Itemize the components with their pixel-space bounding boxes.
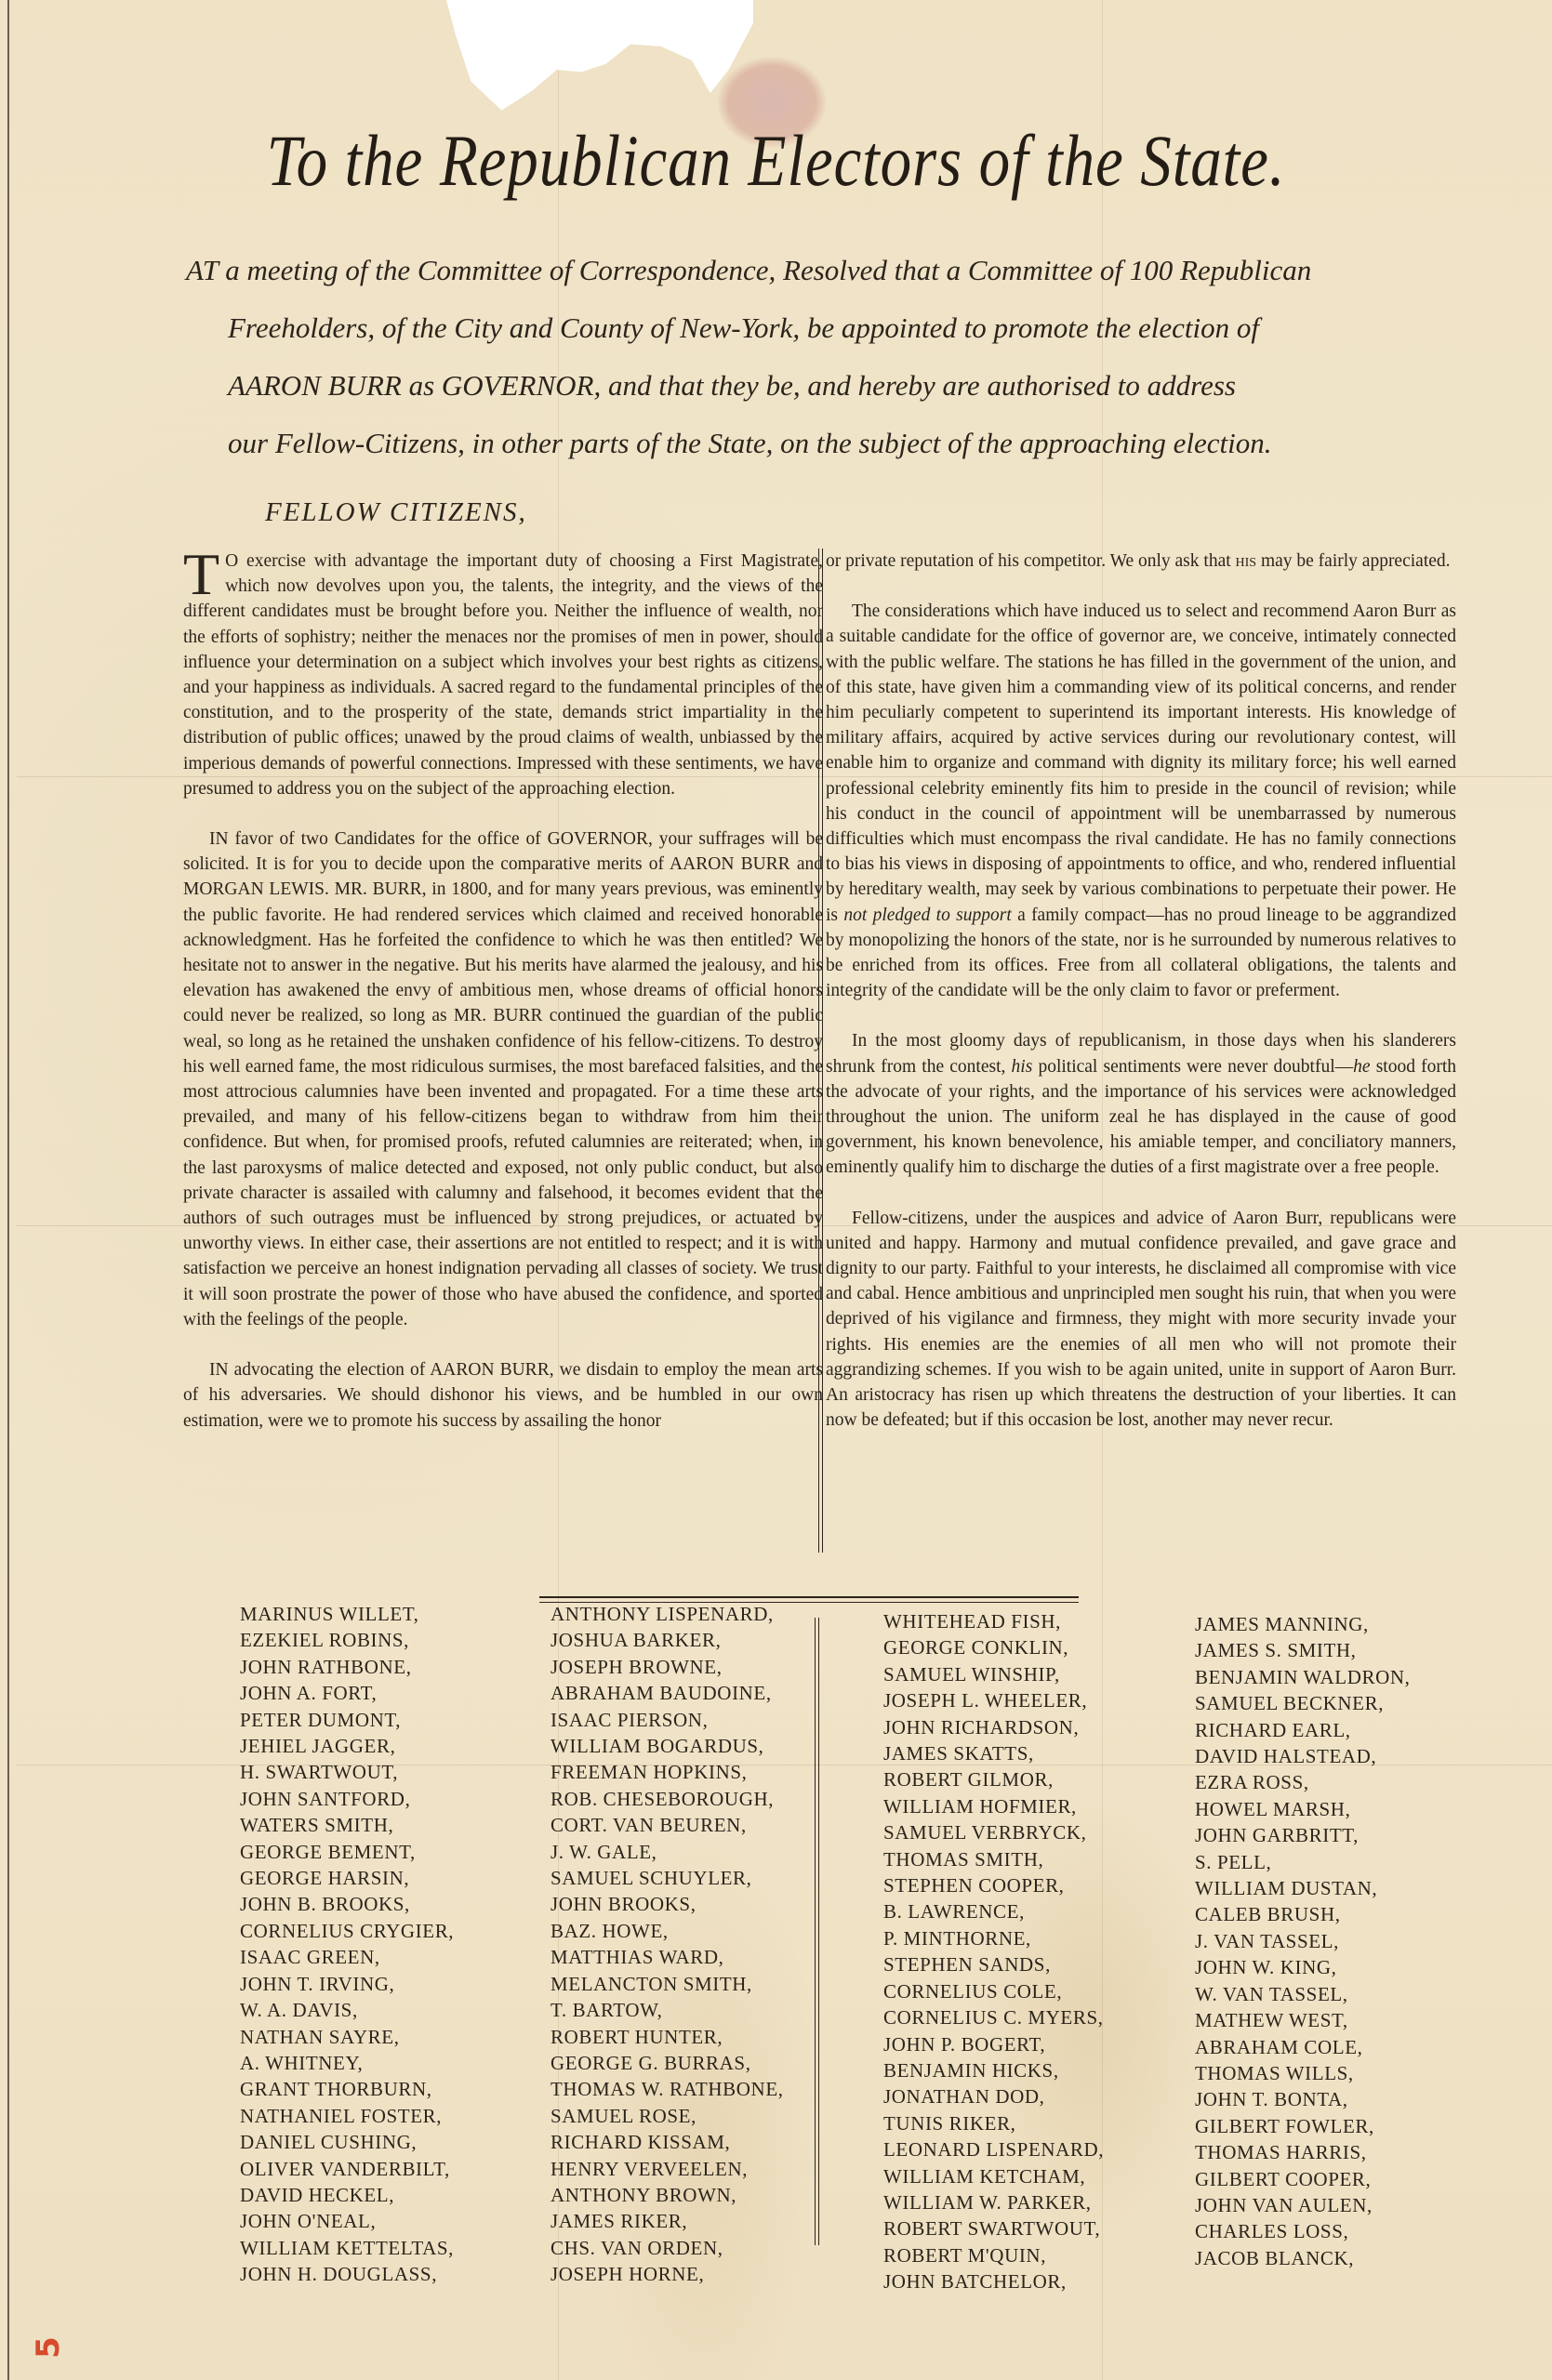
intro-line: AARON BURR as GOVERNOR, and that they be…	[186, 357, 1460, 415]
signatory-name: MATTHIAS WARD,	[550, 1944, 784, 1970]
signatory-name: JOHN GARBRITT,	[1195, 1822, 1410, 1848]
signatory-name: JAMES RIKER,	[550, 2208, 784, 2234]
paragraph-text: may be fairly appreciated.	[1256, 551, 1450, 571]
signatory-name: ISAAC PIERSON,	[550, 1707, 784, 1733]
signatory-name: J. VAN TASSEL,	[1195, 1928, 1410, 1954]
signatory-name: JOHN RICHARDSON,	[883, 1714, 1104, 1740]
signatory-name: JAMES S. SMITH,	[1195, 1637, 1410, 1663]
column-divider	[818, 549, 823, 1553]
signatory-name: DAVID HALSTEAD,	[1195, 1743, 1410, 1769]
signatory-name: SAMUEL SCHUYLER,	[550, 1865, 784, 1891]
signatory-name: THOMAS WILLS,	[1195, 2060, 1410, 2086]
signatory-name: WILLIAM KETCHAM,	[883, 2163, 1104, 2189]
signatory-name: JACOB BLANCK,	[1195, 2245, 1410, 2271]
signatory-name: JOHN T. BONTA,	[1195, 2086, 1410, 2112]
paragraph-text: political sentiments were never doubtful…	[1032, 1057, 1353, 1077]
signatory-name: ANTHONY BROWN,	[550, 2182, 784, 2208]
signatory-name: NATHAN SAYRE,	[240, 2024, 454, 2050]
signatory-name: STEPHEN COOPER,	[883, 1872, 1104, 1898]
signatory-name: JOHN SANTFORD,	[240, 1786, 454, 1812]
signatory-name: GEORGE CONKLIN,	[883, 1634, 1104, 1660]
signatory-name: T. BARTOW,	[550, 1997, 784, 2023]
signatory-name: J. W. GALE,	[550, 1839, 784, 1865]
signatory-name: ROB. CHESEBOROUGH,	[550, 1786, 784, 1812]
signatory-name: EZEKIEL ROBINS,	[240, 1627, 454, 1653]
paragraph-text: or private reputation of his competitor.…	[826, 551, 1236, 571]
signatory-name: HOWEL MARSH,	[1195, 1796, 1410, 1822]
signatory-name: GEORGE G. BURRAS,	[550, 2050, 784, 2076]
signatory-name: JOHN A. FORT,	[240, 1680, 454, 1706]
signatory-name: RICHARD EARL,	[1195, 1717, 1410, 1743]
signatory-name: JOSEPH BROWNE,	[550, 1654, 784, 1680]
signatory-name: ABRAHAM BAUDOINE,	[550, 1680, 784, 1706]
signatory-name: EZRA ROSS,	[1195, 1769, 1410, 1795]
signatory-name: WILLIAM W. PARKER,	[883, 2189, 1104, 2215]
signatory-name: ROBERT GILMOR,	[883, 1766, 1104, 1792]
emphasis: not pledged to support	[843, 906, 1011, 925]
signatory-name: JOHN VAN AULEN,	[1195, 2192, 1410, 2218]
signatory-name: CORT. VAN BEUREN,	[550, 1812, 784, 1838]
signatory-name: GILBERT COOPER,	[1195, 2166, 1410, 2192]
signatory-name: B. LAWRENCE,	[883, 1898, 1104, 1924]
resolution-intro: AT a meeting of the Committee of Corresp…	[186, 242, 1460, 472]
signatory-name: JOHN P. BOGERT,	[883, 2031, 1104, 2057]
signatory-name: JOSEPH HORNE,	[550, 2261, 784, 2287]
signatory-name: SAMUEL WINSHIP,	[883, 1661, 1104, 1687]
signatory-name: TUNIS RIKER,	[883, 2110, 1104, 2136]
signatory-name: LEONARD LISPENARD,	[883, 2136, 1104, 2162]
signatory-name: CORNELIUS C. MYERS,	[883, 2004, 1104, 2030]
signatory-name: BAZ. HOWE,	[550, 1918, 784, 1944]
signatory-name: CORNELIUS COLE,	[883, 1978, 1104, 2004]
intro-line: Freeholders, of the City and County of N…	[186, 299, 1460, 357]
signatory-name: SAMUEL VERBRYCK,	[883, 1819, 1104, 1845]
signatory-name: WILLIAM KETTELTAS,	[240, 2235, 454, 2261]
signatory-name: SAMUEL BECKNER,	[1195, 1690, 1410, 1716]
signatory-name: MELANCTON SMITH,	[550, 1971, 784, 1997]
signatory-name: FREEMAN HOPKINS,	[550, 1759, 784, 1785]
signatory-name: ANTHONY LISPENARD,	[550, 1601, 784, 1627]
signatory-name: NATHANIEL FOSTER,	[240, 2103, 454, 2129]
signatory-name: JOSHUA BARKER,	[550, 1627, 784, 1653]
signatory-name: ROBERT SWARTWOUT,	[883, 2215, 1104, 2241]
signatory-name: BENJAMIN WALDRON,	[1195, 1664, 1410, 1690]
signatory-name: ROBERT HUNTER,	[550, 2024, 784, 2050]
signatory-name: GEORGE HARSIN,	[240, 1865, 454, 1891]
signatory-name: CORNELIUS CRYGIER,	[240, 1918, 454, 1944]
signatory-name: JAMES SKATTS,	[883, 1740, 1104, 1766]
signatory-name: JAMES MANNING,	[1195, 1611, 1410, 1637]
paragraph: In the most gloomy days of republicanism…	[826, 1028, 1456, 1180]
paragraph-text: The considerations which have induced us…	[826, 602, 1456, 924]
emphasis: his	[1012, 1057, 1033, 1077]
signatory-name: WILLIAM DUSTAN,	[1195, 1875, 1410, 1901]
signatory-name: WILLIAM BOGARDUS,	[550, 1733, 784, 1759]
signatory-list-4: JAMES MANNING,JAMES S. SMITH,BENJAMIN WA…	[1195, 1611, 1410, 2271]
drop-cap: T	[183, 550, 219, 599]
signatory-name: CHARLES LOSS,	[1195, 2218, 1410, 2244]
signatory-list-2: ANTHONY LISPENARD,JOSHUA BARKER,JOSEPH B…	[550, 1601, 784, 2288]
signatory-name: S. PELL,	[1195, 1849, 1410, 1875]
signatory-name: JEHIEL JAGGER,	[240, 1733, 454, 1759]
signatory-name: DANIEL CUSHING,	[240, 2129, 454, 2155]
signatory-name: BENJAMIN HICKS,	[883, 2057, 1104, 2083]
signatory-name: ROBERT M'QUIN,	[883, 2242, 1104, 2268]
signatory-name: THOMAS SMITH,	[883, 1846, 1104, 1872]
signatory-name: JOHN T. IRVING,	[240, 1971, 454, 1997]
signatory-name: CHS. VAN ORDEN,	[550, 2235, 784, 2261]
signatory-name: W. A. DAVIS,	[240, 1997, 454, 2023]
signatory-name: JOHN W. KING,	[1195, 1954, 1410, 1980]
body-column-left: TO exercise with advantage the important…	[183, 549, 823, 1459]
signatory-list-1: MARINUS WILLET,EZEKIEL ROBINS,JOHN RATHB…	[240, 1601, 454, 2288]
signatory-name: RICHARD KISSAM,	[550, 2129, 784, 2155]
signatory-name: GILBERT FOWLER,	[1195, 2113, 1410, 2139]
paragraph-text: O exercise with advantage the important …	[183, 551, 823, 799]
signatory-name: GEORGE BEMENT,	[240, 1839, 454, 1865]
body-column-right: or private reputation of his competitor.…	[826, 549, 1456, 1459]
paragraph: or private reputation of his competitor.…	[826, 549, 1456, 574]
signatory-list-3: WHITEHEAD FISH,GEORGE CONKLIN,SAMUEL WIN…	[883, 1608, 1104, 2295]
signatory-name: MATHEW WEST,	[1195, 2007, 1410, 2033]
intro-line: our Fellow-Citizens, in other parts of t…	[186, 415, 1460, 472]
signatory-name: MARINUS WILLET,	[240, 1601, 454, 1627]
paragraph: The considerations which have induced us…	[826, 599, 1456, 1003]
paragraph: TO exercise with advantage the important…	[183, 549, 823, 801]
page-title: To the Republican Electors of the State.	[109, 119, 1443, 203]
signatory-name: H. SWARTWOUT,	[240, 1759, 454, 1785]
signatory-name: CALEB BRUSH,	[1195, 1901, 1410, 1927]
signatory-name: ISAAC GREEN,	[240, 1944, 454, 1970]
signatory-name: JONATHAN DOD,	[883, 2083, 1104, 2109]
archive-stamp: 5	[30, 2336, 67, 2359]
signatory-name: PETER DUMONT,	[240, 1707, 454, 1733]
salutation: FELLOW CITIZENS,	[265, 497, 527, 528]
signatory-name: P. MINTHORNE,	[883, 1925, 1104, 1951]
signatory-name: JOHN O'NEAL,	[240, 2208, 454, 2234]
signatory-name: SAMUEL ROSE,	[550, 2103, 784, 2129]
signatory-name: THOMAS W. RATHBONE,	[550, 2076, 784, 2102]
signatory-name: THOMAS HARRIS,	[1195, 2139, 1410, 2165]
signatory-name: JOHN H. DOUGLASS,	[240, 2261, 454, 2287]
signatory-name: ABRAHAM COLE,	[1195, 2034, 1410, 2060]
signatory-name: W. VAN TASSEL,	[1195, 1981, 1410, 2007]
paragraph: IN favor of two Candidates for the offic…	[183, 826, 823, 1332]
signatory-name: JOHN B. BROOKS,	[240, 1891, 454, 1917]
paragraph: Fellow-citizens, under the auspices and …	[826, 1206, 1456, 1434]
signatory-name: JOHN BROOKS,	[550, 1891, 784, 1917]
emphasis: he	[1353, 1057, 1370, 1077]
intro-line: AT a meeting of the Committee of Corresp…	[186, 242, 1460, 299]
emphasis: his	[1236, 551, 1257, 571]
signatory-name: WATERS SMITH,	[240, 1812, 454, 1838]
signatory-name: JOHN BATCHELOR,	[883, 2268, 1104, 2294]
signatory-name: A. WHITNEY,	[240, 2050, 454, 2076]
signatory-name: DAVID HECKEL,	[240, 2182, 454, 2208]
signatory-name: GRANT THORBURN,	[240, 2076, 454, 2102]
signatory-name: WILLIAM HOFMIER,	[883, 1793, 1104, 1819]
signatory-name: JOHN RATHBONE,	[240, 1654, 454, 1680]
signatory-name: HENRY VERVEELEN,	[550, 2156, 784, 2182]
names-divider	[815, 1618, 819, 2245]
signatory-name: JOSEPH L. WHEELER,	[883, 1687, 1104, 1713]
signatory-name: OLIVER VANDERBILT,	[240, 2156, 454, 2182]
paragraph: IN advocating the election of AARON BURR…	[183, 1357, 823, 1434]
signatory-name: WHITEHEAD FISH,	[883, 1608, 1104, 1634]
signatory-name: STEPHEN SANDS,	[883, 1951, 1104, 1977]
